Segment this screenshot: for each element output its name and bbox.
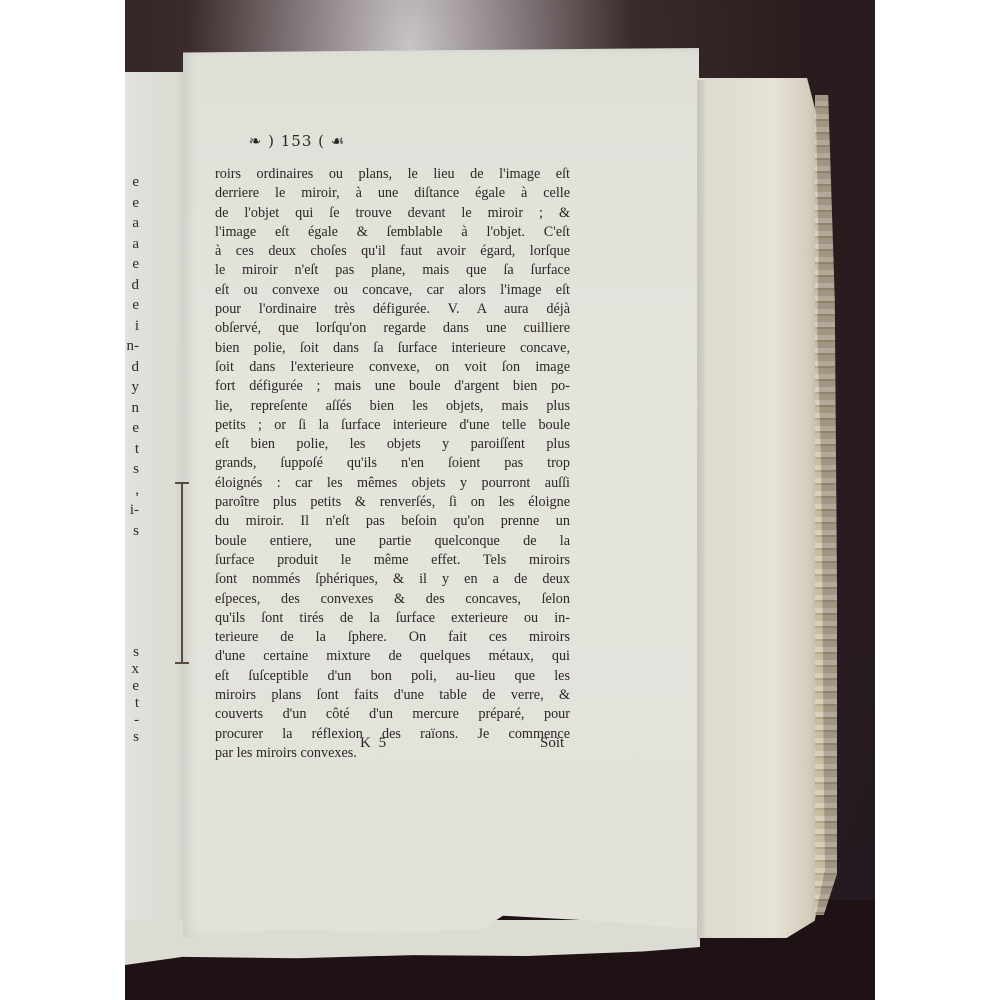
text-line: d'une certaine mixture de quelques métau… xyxy=(215,647,570,666)
left-edge-char: n- xyxy=(125,336,139,357)
text-line: l'image eſt égale & ſemblable à l'objet.… xyxy=(215,223,570,242)
text-line: pour l'ordinaire très défigurée. V. A au… xyxy=(215,300,570,319)
text-line: couverts d'un côté d'un mercure préparé,… xyxy=(215,705,570,724)
text-line: eſt ou convexe ou concave, car alors l'i… xyxy=(215,281,570,300)
text-line: ſont nommés ſphériques, & il y en a de d… xyxy=(215,570,570,589)
text-line: à ces deux choſes qu'il faut avoir égard… xyxy=(215,242,570,261)
text-line: qu'ils ſont tirés de la ſurface exterieu… xyxy=(215,609,570,628)
text-line: roirs ordinaires ou plans, le lieu de l'… xyxy=(215,165,570,184)
text-line: procurer la réflexion des raïons. Je com… xyxy=(215,725,570,744)
left-edge-char: - xyxy=(125,712,139,729)
text-line: paroître plus petits & renverſés, ſi on … xyxy=(215,493,570,512)
left-page-edge-text-top: e e a a e d e i n- d y n e t s , i- s xyxy=(125,172,139,541)
left-edge-char: s xyxy=(125,459,139,480)
text-line: bien polie, ſoit dans ſa ſurface interie… xyxy=(215,339,570,358)
text-line: ſurface produit le même effet. Tels miro… xyxy=(215,551,570,570)
left-edge-char: i- xyxy=(125,500,139,521)
catchword: Soit xyxy=(540,735,564,752)
left-edge-char: i xyxy=(125,316,139,337)
text-line: eſt bien polie, les objets y paroiſſent … xyxy=(215,435,570,454)
text-line: ſoit dans l'exterieure convexe, on voit … xyxy=(215,358,570,377)
left-edge-char: a xyxy=(125,234,139,255)
text-line: boule entiere, une partie quelconque de … xyxy=(215,532,570,551)
text-line: miroirs plans ſont faits d'une table de … xyxy=(215,686,570,705)
stitch-end-bottom xyxy=(175,662,189,664)
text-line: eſt ſuſceptible d'un bon poli, au-lieu q… xyxy=(215,667,570,686)
left-edge-char: e xyxy=(125,172,139,193)
left-edge-char: t xyxy=(125,439,139,460)
text-line: obſervé, que lorſqu'on regarde dans une … xyxy=(215,319,570,338)
left-edge-char: x xyxy=(125,661,139,678)
text-line: par les miroirs convexes. xyxy=(215,744,570,763)
text-line: lie, repreſente aſſés bien les objets, m… xyxy=(215,397,570,416)
left-edge-char: y xyxy=(125,377,139,398)
left-edge-char: n xyxy=(125,398,139,419)
text-line: fort défigurée ; mais une boule d'argent… xyxy=(215,377,570,396)
text-line: de l'objet qui ſe trouve devant le miroi… xyxy=(215,204,570,223)
left-edge-char: e xyxy=(125,418,139,439)
left-edge-char: e xyxy=(125,254,139,275)
left-edge-char: d xyxy=(125,357,139,378)
binding-stitch xyxy=(181,482,183,664)
left-edge-char: t xyxy=(125,695,139,712)
text-line: du miroir. Il n'eſt pas beſoin qu'on pre… xyxy=(215,512,570,531)
text-line: petits ; or ſi la ſurface interieure d'u… xyxy=(215,416,570,435)
stitch-end-top xyxy=(175,482,189,484)
left-edge-char: a xyxy=(125,213,139,234)
left-edge-char: e xyxy=(125,295,139,316)
left-edge-char: s xyxy=(125,644,139,661)
running-head-page-number: ❧ ) 153 ( ☙ xyxy=(197,132,397,150)
left-edge-char: s xyxy=(125,521,139,542)
left-facing-page: e e a a e d e i n- d y n e t s , i- s s … xyxy=(125,72,187,952)
text-line: éloignés : car les mêmes objets y pourro… xyxy=(215,474,570,493)
left-edge-char: s xyxy=(125,729,139,746)
text-line: grands, ſuppoſé qu'ils n'en ſoient pas t… xyxy=(215,454,570,473)
left-edge-char: d xyxy=(125,275,139,296)
left-page-edge-text-bottom: s x e t - s xyxy=(125,644,139,746)
page-shadow xyxy=(697,80,707,940)
text-line: le miroir n'eſt pas plane, mais que ſa ſ… xyxy=(215,261,570,280)
text-line: derriere le miroir, à une diſtance égale… xyxy=(215,184,570,203)
signature-mark: K 5 xyxy=(360,735,388,752)
text-line: eſpeces, des convexes & des concaves, ſe… xyxy=(215,590,570,609)
deckled-page-edges xyxy=(815,95,837,915)
left-edge-char: e xyxy=(125,193,139,214)
body-text: roirs ordinaires ou plans, le lieu de l'… xyxy=(215,165,570,763)
back-page-stack xyxy=(697,78,825,938)
left-edge-char: e xyxy=(125,678,139,695)
text-line: terieure de la ſphere. On fait ces miroi… xyxy=(215,628,570,647)
left-edge-char: , xyxy=(125,480,139,501)
